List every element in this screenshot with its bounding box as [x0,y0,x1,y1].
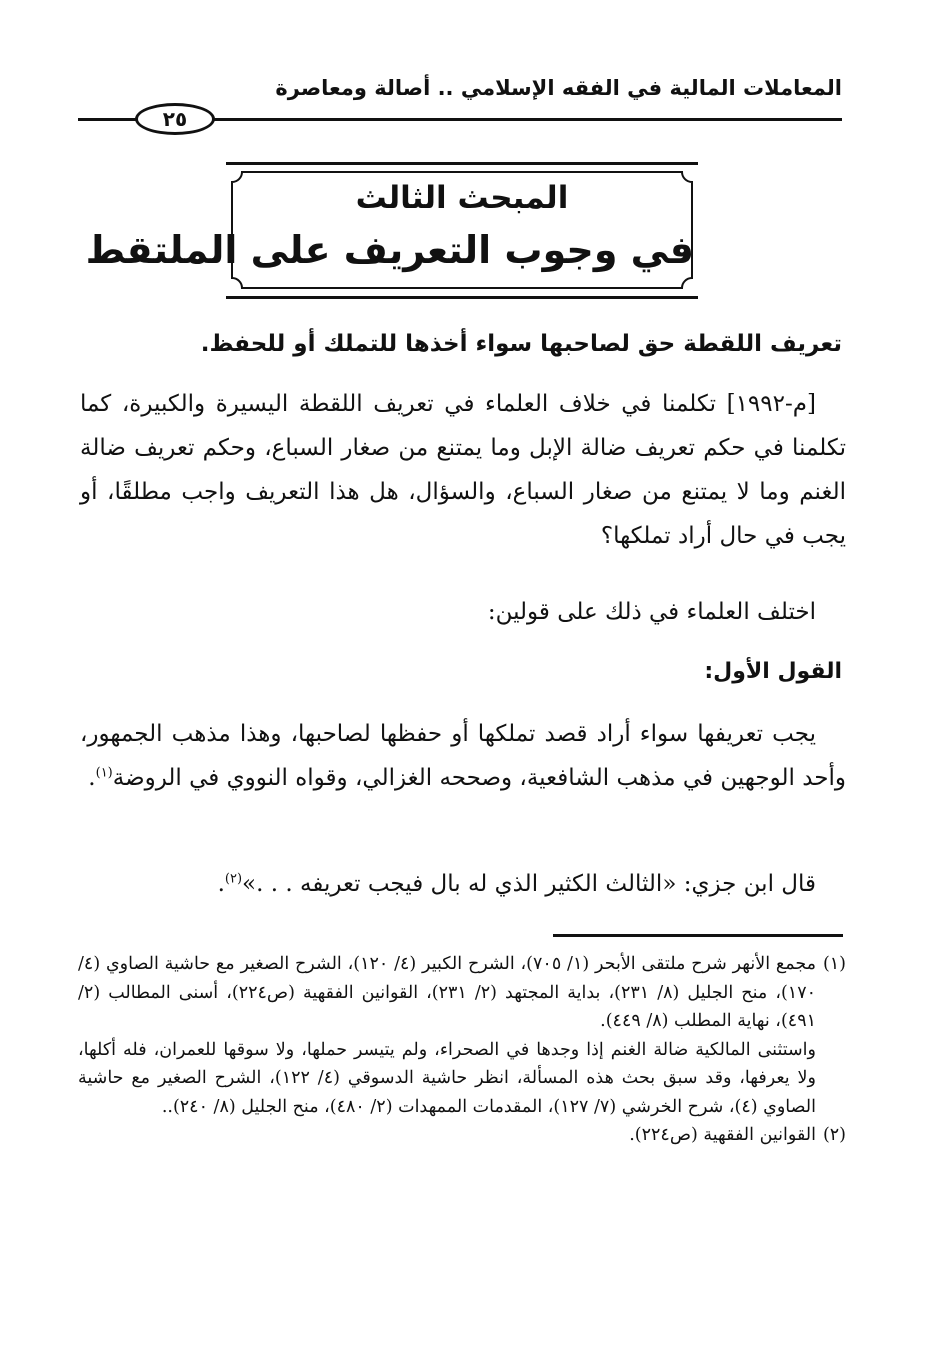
title-frame-top-rule [226,162,698,165]
section-title-frame: المبحث الثالث في وجوب التعريف على الملتق… [230,170,694,290]
paragraph-quote-end: . [218,871,225,897]
footnote-2-number: (٢) [823,1121,846,1150]
footnote-ref-2[interactable]: (٢) [225,871,242,886]
section-number-title: المبحث الثالث [230,180,694,216]
paragraph-first-opinion-text: يجب تعريفها سواء أراد قصد تملكها أو حفظه… [80,721,846,791]
paragraph-first-opinion: يجب تعريفها سواء أراد قصد تملكها أو حفظه… [80,712,846,800]
title-frame-bottom-rule [226,296,698,299]
paragraph-disagreement: اختلف العلماء في ذلك على قولين: [80,590,846,634]
subheading-first-opinion: القول الأول: [704,650,842,694]
page-number: ٢٥ [135,103,215,135]
running-header-title: المعاملات المالية في الفقه الإسلامي .. أ… [275,76,842,100]
page-number-text: ٢٥ [163,109,187,129]
footnotes: (١) مجمع الأنهر شرح ملتقى الأبحر (١/ ٧٠٥… [78,950,846,1150]
paragraph-first-opinion-end: . [88,765,95,791]
footnote-2: (٢) القوانين الفقهية (ص٢٢٤). [78,1121,846,1150]
thesis-statement: تعريف اللقطة حق لصاحبها سواء أخذها للتمل… [80,322,842,366]
paragraph-quote-text: قال ابن جزي: «الثالث الكثير الذي له بال … [242,871,816,897]
footnote-1: (١) مجمع الأنهر شرح ملتقى الأبحر (١/ ٧٠٥… [78,950,846,1121]
footnote-1-number: (١) [823,950,846,979]
paragraph-ibn-juzay-quote: قال ابن جزي: «الثالث الكثير الذي له بال … [80,862,846,906]
book-page: المعاملات المالية في الفقه الإسلامي .. أ… [0,0,934,1358]
paragraph-intro: [م-١٩٩٢] تكلمنا في خلاف العلماء في تعريف… [80,382,846,558]
footnote-ref-1[interactable]: (١) [96,765,113,780]
footnote-1-note: واستثنى المالكية ضالة الغنم إذا وجدها في… [78,1036,816,1122]
footnote-separator [553,934,843,937]
section-subject-title: في وجوب التعريف على الملتقط [230,228,694,272]
footnote-1-text: مجمع الأنهر شرح ملتقى الأبحر (١/ ٧٠٥)، ا… [78,954,816,1031]
footnote-2-text: القوانين الفقهية (ص٢٢٤). [629,1125,816,1145]
